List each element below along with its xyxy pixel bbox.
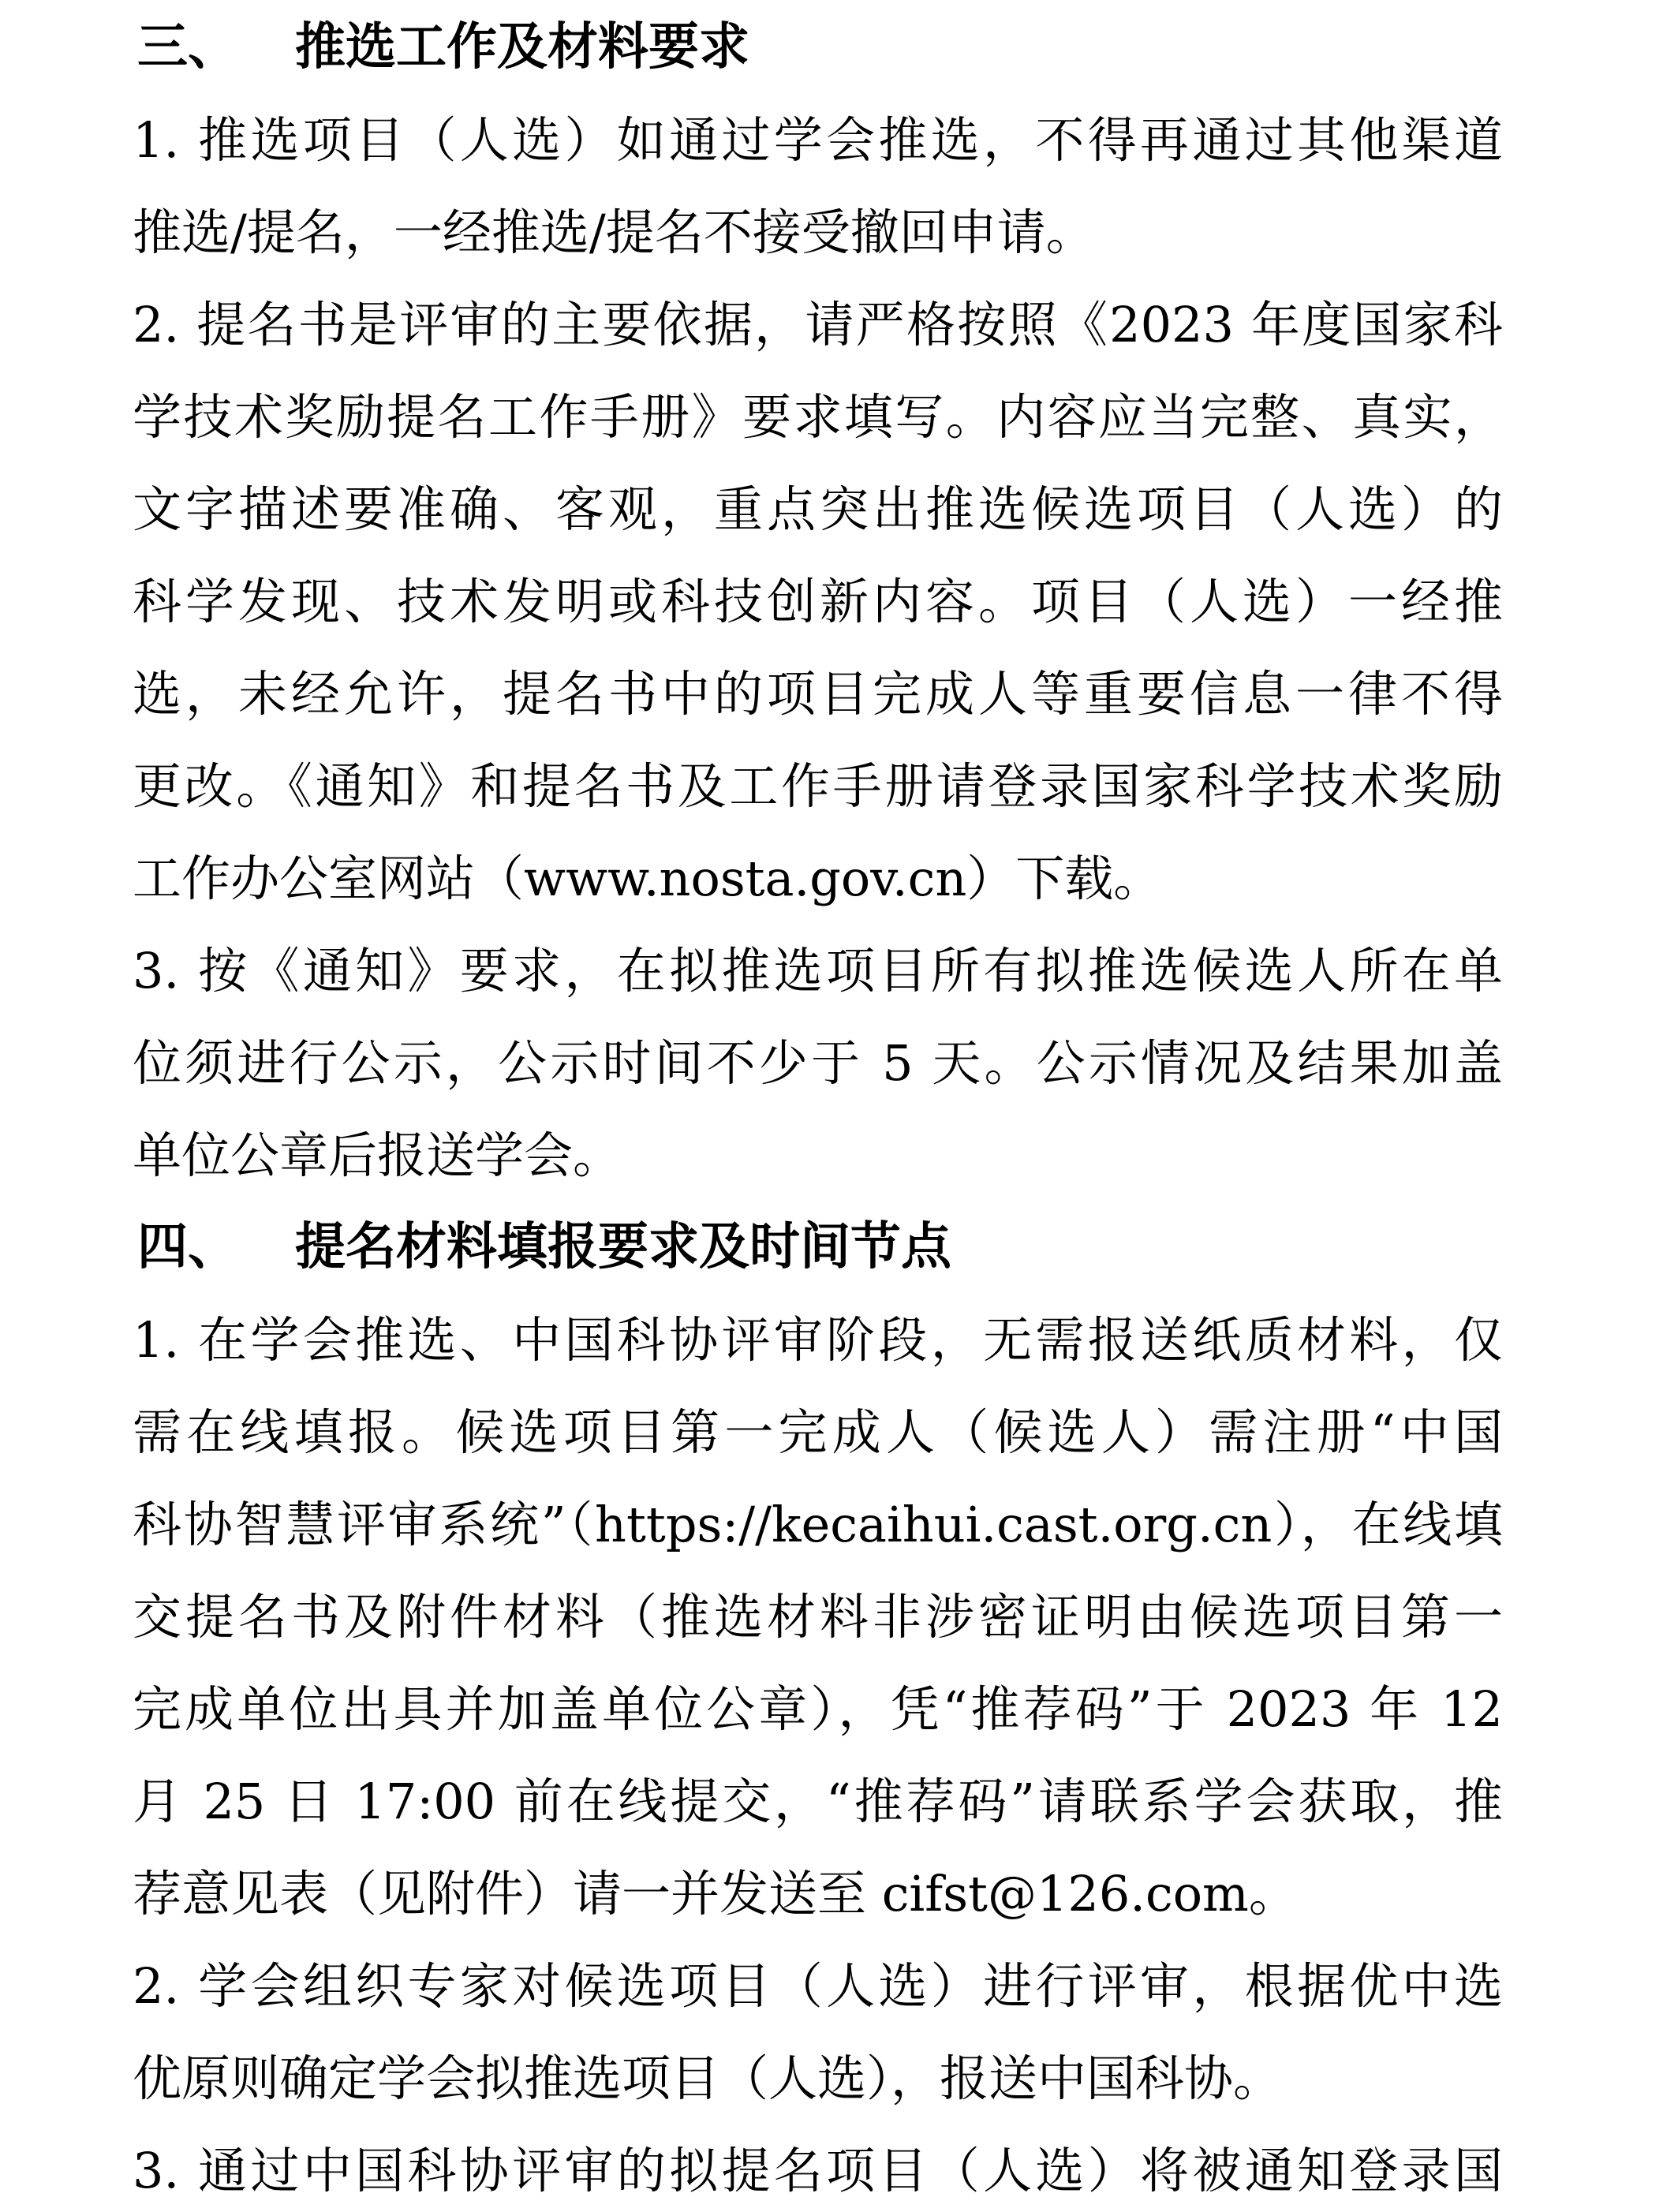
text-line: 月 25 日 17:00 前在线提交，“推荐码”请联系学会获取，推 <box>133 1755 1503 1848</box>
section-title: 提名材料填报要求及时间节点 <box>295 1218 951 1276</box>
text-line: 位须进行公示，公示时间不少于 5 天。公示情况及结果加盖 <box>133 1017 1503 1109</box>
text-line: 单位公章后报送学会。 <box>133 1109 1503 1201</box>
section-heading: 三、推选工作及材料要求 <box>133 2 1503 94</box>
text-line: 优原则确定学会拟推选项目（人选），报送中国科协。 <box>133 2032 1503 2124</box>
text-line: 学技术奖励提名工作手册》要求填写。内容应当完整、真实， <box>133 371 1503 463</box>
text-line: 工作办公室网站（www.nosta.gov.cn）下载。 <box>133 832 1503 925</box>
text-line: 更改。《通知》和提名书及工作手册请登录国家科学技术奖励 <box>133 740 1503 832</box>
text-line: 1. 在学会推选、中国科协评审阶段，无需报送纸质材料，仅 <box>133 1294 1503 1386</box>
text-line: 交提名书及附件材料（推选材料非涉密证明由候选项目第一 <box>133 1571 1503 1663</box>
document-page: 三、推选工作及材料要求1. 推选项目（人选）如通过学会推选，不得再通过其他渠道推… <box>0 0 1678 2212</box>
text-line: 3. 按《通知》要求，在拟推选项目所有拟推选候选人所在单 <box>133 925 1503 1017</box>
text-line: 文字描述要准确、客观，重点突出推选候选项目（人选）的 <box>133 463 1503 555</box>
section-number: 三、 <box>137 2 238 94</box>
section-title: 推选工作及材料要求 <box>295 18 749 77</box>
text-line: 需在线填报。候选项目第一完成人（候选人）需注册“中国 <box>133 1386 1503 1478</box>
text-line: 2. 提名书是评审的主要依据，请严格按照《2023 年度国家科 <box>133 278 1503 371</box>
text-line: 3. 通过中国科协评审的拟提名项目（人选）将被通知登录国 <box>133 2124 1503 2212</box>
text-line: 科学发现、技术发明或科技创新内容。项目（人选）一经推 <box>133 555 1503 648</box>
text-line: 1. 推选项目（人选）如通过学会推选，不得再通过其他渠道 <box>133 94 1503 186</box>
section-number: 四、 <box>137 1201 238 1294</box>
text-line: 推选/提名，一经推选/提名不接受撤回申请。 <box>133 186 1503 278</box>
text-line: 荐意见表（见附件）请一并发送至 cifst@126.com。 <box>133 1848 1503 1940</box>
text-line: 完成单位出具并加盖单位公章），凭“推荐码”于 2023 年 12 <box>133 1663 1503 1755</box>
text-line: 科协智慧评审系统”（https://kecaihui.cast.org.cn），… <box>133 1478 1503 1571</box>
section-heading: 四、提名材料填报要求及时间节点 <box>133 1201 1503 1294</box>
text-line: 2. 学会组织专家对候选项目（人选）进行评审，根据优中选 <box>133 1940 1503 2032</box>
text-line: 选，未经允许，提名书中的项目完成人等重要信息一律不得 <box>133 648 1503 740</box>
